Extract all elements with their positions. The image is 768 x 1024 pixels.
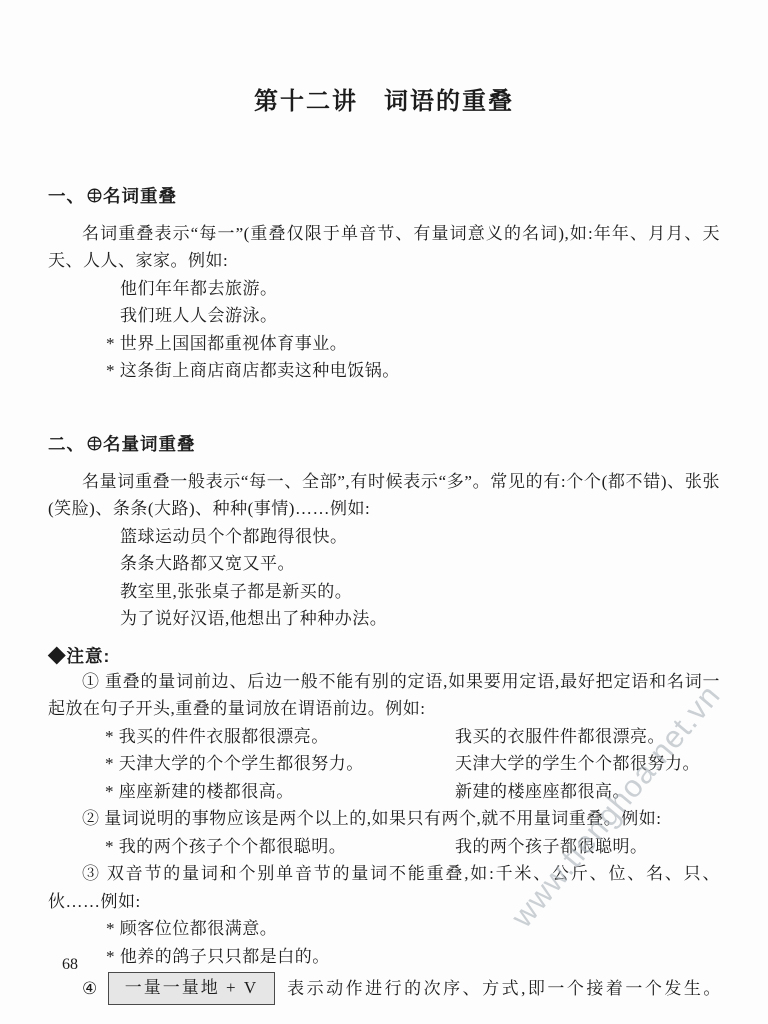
note-item-1: ① 重叠的量词前边、后边一般不能有别的定语,如果要用定语,最好把定语和名词一起放…	[48, 668, 720, 723]
section-1-number: 一、	[48, 183, 85, 208]
notes-block: ◆注意: ① 重叠的量词前边、后边一般不能有别的定语,如果要用定语,最好把定语和…	[48, 643, 720, 1005]
incorrect-example: * 我买的件件衣服都很漂亮。	[105, 723, 455, 751]
correct-example: 新建的楼座座都很高。	[455, 778, 630, 806]
example-sentence-incorrect: * 世界上国国都重视体育事业。	[106, 330, 720, 358]
note-1-example-pair: * 座座新建的楼都很高。 新建的楼座座都很高。	[105, 778, 720, 806]
section-2-title: 名量词重叠	[103, 431, 196, 456]
incorrect-example: * 天津大学的个个学生都很努力。	[105, 750, 455, 778]
example-sentence: 他们年年都去旅游。	[120, 275, 720, 303]
section-2-number: 二、	[48, 431, 85, 456]
section-1-paragraph: 名词重叠表示“每一”(重叠仅限于单音节、有量词意义的名词),如:年年、月月、天天…	[48, 220, 720, 275]
example-sentence-incorrect: * 这条街上商店商店都卖这种电饭锅。	[106, 357, 720, 385]
correct-example: 我的两个孩子都很聪明。	[455, 833, 648, 861]
example-sentence: 教室里,张张桌子都是新买的。	[120, 578, 720, 606]
section-1-title: 名词重叠	[103, 183, 177, 208]
correct-example: 天津大学的学生个个都很努力。	[455, 750, 700, 778]
incorrect-example: * 我的两个孩子个个都很聪明。	[105, 833, 455, 861]
note-4-text: 表示动作进行的次序、方式,即一个接着一个发生。	[287, 975, 723, 1003]
note-2-example-pair: * 我的两个孩子个个都很聪明。 我的两个孩子都很聪明。	[105, 833, 720, 861]
grid-circle-icon	[87, 436, 102, 451]
example-sentence: 篮球运动员个个都跑得很快。	[120, 523, 720, 551]
incorrect-example: * 顾客位位都很满意。	[106, 915, 720, 943]
note-item-3: ③ 双音节的量词和个别单音节的量词不能重叠,如:千米、公斤、位、名、只、伙……例…	[48, 860, 720, 915]
correct-example: 我买的衣服件件都很漂亮。	[455, 723, 665, 751]
page-number: 68	[62, 956, 78, 974]
note-item-4: ④ 一量一量地 + V 表示动作进行的次序、方式,即一个接着一个发生。	[48, 972, 720, 1005]
section-2-heading: 二、名量词重叠	[48, 431, 720, 456]
note-1-example-pair: * 天津大学的个个学生都很努力。 天津大学的学生个个都很努力。	[105, 750, 720, 778]
pattern-box: 一量一量地 + V	[108, 972, 275, 1005]
section-1-heading: 一、名词重叠	[48, 183, 720, 208]
example-sentence: 我们班人人会游泳。	[120, 302, 720, 330]
note-item-2: ② 量词说明的事物应该是两个以上的,如果只有两个,就不用量词重叠。例如:	[48, 805, 720, 833]
example-sentence: 条条大路都又宽又平。	[120, 550, 720, 578]
incorrect-example: * 座座新建的楼都很高。	[105, 778, 455, 806]
example-sentence: 为了说好汉语,他想出了种种办法。	[120, 605, 720, 633]
textbook-page: 第十二讲 词语的重叠 一、名词重叠 名词重叠表示“每一”(重叠仅限于单音节、有量…	[0, 0, 768, 1024]
section-2-paragraph: 名量词重叠一般表示“每一、全部”,有时候表示“多”。常见的有:个个(都不错)、张…	[48, 468, 720, 523]
page-title: 第十二讲 词语的重叠	[48, 88, 720, 117]
grid-circle-icon	[87, 188, 102, 203]
section-noun-reduplication: 一、名词重叠 名词重叠表示“每一”(重叠仅限于单音节、有量词意义的名词),如:年…	[48, 183, 720, 385]
note-1-example-pair: * 我买的件件衣服都很漂亮。 我买的衣服件件都很漂亮。	[105, 723, 720, 751]
incorrect-example: * 他养的鸽子只只都是白的。	[106, 943, 720, 971]
section-noun-classifier-reduplication: 二、名量词重叠 名量词重叠一般表示“每一、全部”,有时候表示“多”。常见的有:个…	[48, 431, 720, 633]
notes-label: ◆注意:	[48, 643, 720, 668]
note-4-number: ④	[82, 975, 98, 1003]
